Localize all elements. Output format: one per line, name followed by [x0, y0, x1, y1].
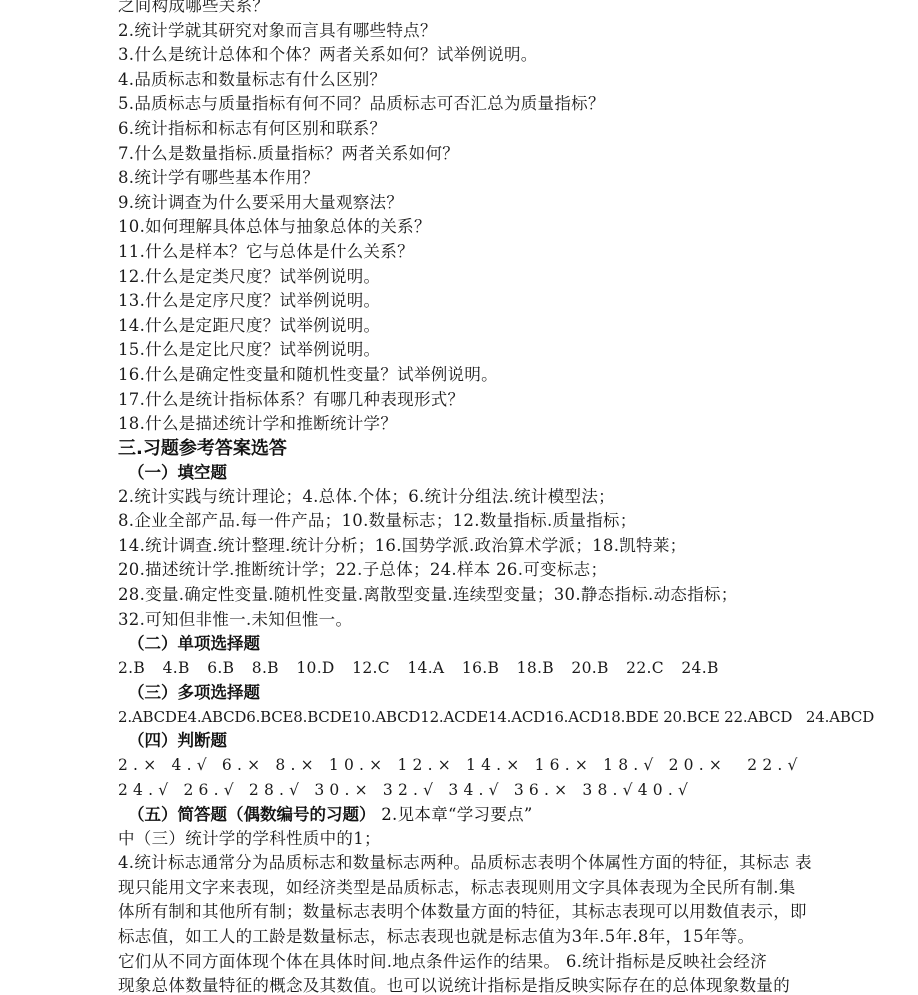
- answer-item: 16.B: [462, 656, 499, 681]
- fill-blank-line: 28.变量.确定性变量.随机性变量.离散型变量.连续型变量；30.静态指标.动态…: [118, 583, 908, 608]
- fill-blank-line: 8.企业全部产品.每一件产品；10.数量标志；12.数量指标.质量指标；: [118, 509, 908, 534]
- question-item: 11.什么是样本？它与总体是什么关系？: [118, 240, 908, 265]
- short-answer-inline: 2.见本章“学习要点”: [381, 805, 532, 824]
- answer-item: 2.B: [118, 656, 145, 681]
- short-answer-line: 标志值，如工人的工龄是数量标志，标志表现也就是标志值为3年.5年.8年，15年等…: [118, 925, 908, 950]
- short-answer-line: 现象总体数量特征的概念及其数值。也可以说统计指标是指反映实际存在的总体现象数量的: [118, 974, 908, 995]
- short-answer-line: 现只能用文字来表现，如经济类型是品质标志，标志表现则用文字具体表现为全民所有制.…: [118, 876, 908, 901]
- answer-item: 12.C: [352, 656, 390, 681]
- true-false-line: 2.× 4.√ 6.× 8.× 10.× 12.× 14.× 16.× 18.√…: [118, 753, 908, 778]
- answer-item: 14.A: [407, 656, 444, 681]
- fill-blank-heading: （一）填空题: [118, 461, 908, 485]
- answer-item: 22.C: [626, 656, 664, 681]
- answer-item: 24.B: [681, 656, 718, 681]
- answer-item: 4.B: [163, 656, 190, 681]
- question-item: 9.统计调查为什么要采用大量观察法？: [118, 191, 908, 216]
- true-false-line: 24.√ 26.√ 28.√ 30.× 32.√ 34.√ 36.× 38.√4…: [118, 778, 908, 803]
- short-answer-line: 它们从不同方面体现个体在具体时间.地点条件运作的结果。 6.统计指标是反映社会经…: [118, 950, 908, 975]
- answer-item: 6.B: [207, 656, 234, 681]
- short-answer-line: 中（三）统计学的学科性质中的1；: [118, 827, 908, 852]
- question-item: 10.如何理解具体总体与抽象总体的关系？: [118, 215, 908, 240]
- single-choice-answers: 2.B4.B6.B8.B10.D12.C14.A16.B18.B20.B22.C…: [118, 656, 908, 681]
- question-item: 8.统计学有哪些基本作用？: [118, 166, 908, 191]
- answer-item: 8.B: [252, 656, 279, 681]
- question-item: 6.统计指标和标志有何区别和联系？: [118, 117, 908, 142]
- question-item: 5.品质标志与质量指标有何不同？品质标志可否汇总为质量指标？: [118, 92, 908, 117]
- answer-item: 18.B: [517, 656, 554, 681]
- question-item: 3.什么是统计总体和个体？两者关系如何？试举例说明。: [118, 43, 908, 68]
- fill-blank-line: 20.描述统计学.推断统计学；22.子总体；24.样本 26.可变标志；: [118, 558, 908, 583]
- question-item: 17.什么是统计指标体系？有哪几种表现形式？: [118, 388, 908, 413]
- short-answer-title: （五）简答题（偶数编号的习题）: [128, 805, 376, 824]
- fill-blank-line: 2.统计实践与统计理论；4.总体.个体；6.统计分组法.统计模型法；: [118, 485, 908, 510]
- question-item: 15.什么是定比尺度？试举例说明。: [118, 338, 908, 363]
- true-false-heading: （四）判断题: [118, 729, 908, 753]
- single-choice-heading: （二）单项选择题: [118, 632, 908, 656]
- multiple-choice-heading: （三）多项选择题: [118, 681, 908, 705]
- fill-blank-line: 32.可知但非惟一.未知但惟一。: [118, 608, 908, 633]
- answer-item: 10.D: [296, 656, 334, 681]
- question-item: 14.什么是定距尺度？试举例说明。: [118, 314, 908, 339]
- multiple-choice-answers: 2.ABCDE4.ABCD6.BCE8.BCDE10.ABCD12.ACDE14…: [118, 705, 908, 730]
- short-answer-line: 4.统计标志通常分为品质标志和数量标志两种。品质标志表明个体属性方面的特征，其标…: [118, 851, 908, 876]
- question-item: 12.什么是定类尺度？试举例说明。: [118, 265, 908, 290]
- answers-heading: 三.习题参考答案选答: [118, 437, 908, 461]
- short-answer-line: 体所有制和其他所有制；数量标志表明个体数量方面的特征，其标志表现可以用数值表示，…: [118, 900, 908, 925]
- question-item: 18.什么是描述统计学和推断统计学？: [118, 412, 908, 437]
- document-page: 之间构成哪些关系？ 2.统计学就其研究对象而言具有哪些特点？ 3.什么是统计总体…: [118, 0, 908, 995]
- short-answer-heading: （五）简答题（偶数编号的习题） 2.见本章“学习要点”: [118, 803, 908, 827]
- question-continued: 之间构成哪些关系？: [118, 0, 908, 19]
- fill-blank-line: 14.统计调查.统计整理.统计分析；16.国势学派.政治算术学派；18.凯特莱；: [118, 534, 908, 559]
- question-item: 2.统计学就其研究对象而言具有哪些特点？: [118, 19, 908, 44]
- question-item: 13.什么是定序尺度？试举例说明。: [118, 289, 908, 314]
- question-item: 4.品质标志和数量标志有什么区别？: [118, 68, 908, 93]
- answer-item: 20.B: [571, 656, 608, 681]
- question-item: 7.什么是数量指标.质量指标？两者关系如何？: [118, 142, 908, 167]
- question-item: 16.什么是确定性变量和随机性变量？试举例说明。: [118, 363, 908, 388]
